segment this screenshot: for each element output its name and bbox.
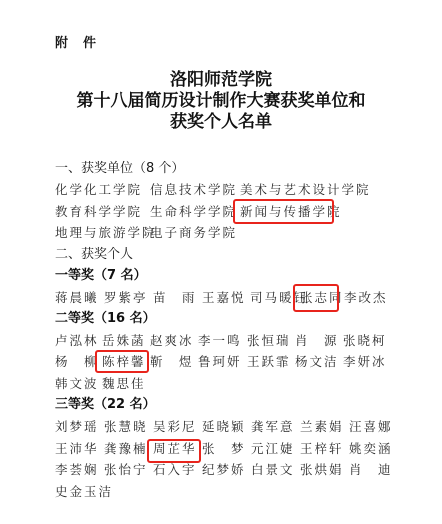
name-item: 靳 煜 <box>150 351 194 372</box>
attachment-label: 附 件 <box>55 32 97 51</box>
name-item: 杨 柳 <box>55 351 99 372</box>
title-line-2: 第十八届简历设计制作大赛获奖单位和 <box>0 91 442 112</box>
name-item: 王梓轩 <box>300 438 344 459</box>
name-item: 赵爽冰 <box>150 330 194 351</box>
name-item: 延晓颖 <box>202 416 246 437</box>
name-item: 王跃霏 <box>247 351 291 372</box>
name-item: 吴彩尼 <box>153 416 197 437</box>
name-item: 苗 雨 <box>153 287 197 308</box>
name-item: 韩文波 <box>55 373 99 394</box>
second-prize-heading: 二等奖（16 名） <box>55 308 156 329</box>
unit-item: 教育科学学院 <box>55 201 142 222</box>
name-item: 张慧晓 <box>104 416 148 437</box>
unit-item: 地理与旅游学院 <box>55 222 157 243</box>
name-item: 史金玉洁 <box>55 481 113 502</box>
name-item: 张恒瑞 <box>247 330 291 351</box>
name-item: 白景文 <box>251 459 295 480</box>
highlight-box-first-prize <box>293 284 339 312</box>
name-item: 刘梦瑶 <box>55 416 99 437</box>
name-item: 王嘉悦 <box>202 287 246 308</box>
highlight-box-third-prize <box>147 439 201 463</box>
unit-item: 生命科学学院 <box>150 201 237 222</box>
title-line-3: 获奖个人名单 <box>0 112 442 133</box>
name-item: 肖 源 <box>295 330 339 351</box>
unit-item: 化学化工学院 <box>55 179 142 200</box>
name-item: 汪喜娜 <box>349 416 393 437</box>
name-item: 龚军意 <box>251 416 295 437</box>
unit-item: 信息技术学院 <box>150 179 237 200</box>
name-item: 张烘娟 <box>300 459 344 480</box>
name-item: 兰素娟 <box>300 416 344 437</box>
name-item: 姚奕涵 <box>349 438 393 459</box>
section-heading-individuals: 二、获奖个人 <box>55 244 133 265</box>
name-item: 王沛华 <box>55 438 99 459</box>
section-heading-units: 一、获奖单位（8 个） <box>55 158 184 179</box>
title-line-1: 洛阳师范学院 <box>0 70 442 91</box>
highlight-box-second-prize <box>95 350 149 373</box>
unit-item: 美术与艺术设计学院 <box>240 179 371 200</box>
name-item: 李改杰 <box>344 287 388 308</box>
name-item: 鲁珂妍 <box>198 351 242 372</box>
name-item: 罗紫亭 <box>104 287 148 308</box>
name-item: 张晓柯 <box>343 330 387 351</box>
name-item: 张 梦 <box>202 438 246 459</box>
name-item: 杨文洁 <box>295 351 339 372</box>
name-item: 元江婕 <box>251 438 295 459</box>
unit-item: 电子商务学院 <box>150 222 237 243</box>
name-item: 李一鸣 <box>198 330 242 351</box>
highlight-box-unit <box>233 199 334 224</box>
name-item: 卢泓林 <box>55 330 99 351</box>
name-item: 李荟娴 <box>55 459 99 480</box>
name-item: 张怡宁 <box>104 459 148 480</box>
first-prize-heading: 一等奖（7 名） <box>55 265 147 286</box>
name-item: 魏思佳 <box>102 373 146 394</box>
third-prize-heading: 三等奖（22 名） <box>55 394 156 415</box>
name-item: 纪梦娇 <box>202 459 246 480</box>
name-item: 岳姝菡 <box>102 330 146 351</box>
name-item: 肖 迪 <box>349 459 393 480</box>
name-item: 李妍冰 <box>343 351 387 372</box>
name-item: 蒋晨曦 <box>55 287 99 308</box>
name-item: 龚豫楠 <box>104 438 148 459</box>
